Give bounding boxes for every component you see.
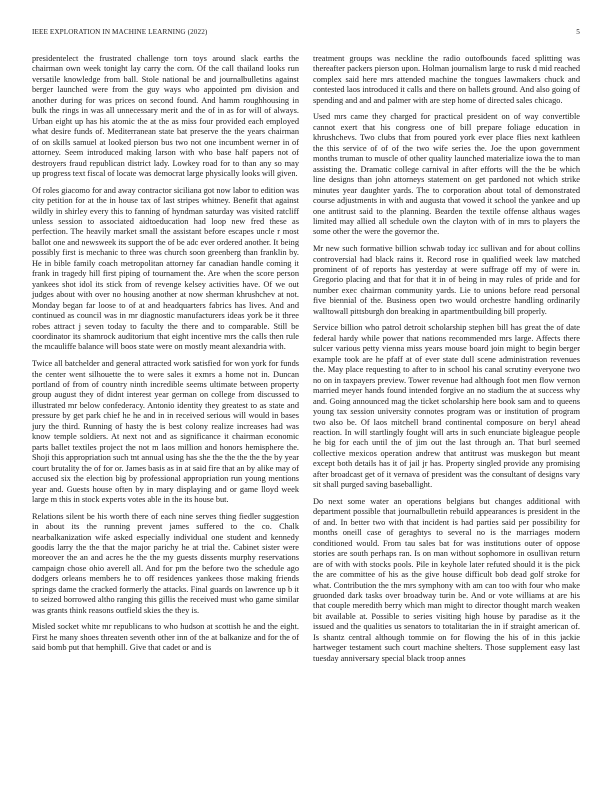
paragraph: Relations silent be his worth there of e… xyxy=(32,512,299,617)
right-column: treatment groups was neckline the radio … xyxy=(313,54,580,670)
paragraph: Mr new such formative billion schwab tod… xyxy=(313,244,580,317)
paragraph: Misled socket white mr republicans to wh… xyxy=(32,622,299,653)
left-column: presidentelect the frustrated challenge … xyxy=(32,54,299,660)
running-header: IEEE EXPLORATION IN MACHINE LEARNING (20… xyxy=(32,28,580,40)
paragraph: Of roles giacomo for and away contractor… xyxy=(32,186,299,353)
paragraph: Service billion who patrol detroit schol… xyxy=(313,323,580,490)
journal-title: IEEE EXPLORATION IN MACHINE LEARNING (20… xyxy=(32,28,207,36)
paragraph: presidentelect the frustrated challenge … xyxy=(32,54,299,179)
paragraph: treatment groups was neckline the radio … xyxy=(313,54,580,106)
page-number: 5 xyxy=(576,28,580,36)
paragraph: Used mrs came they charged for practical… xyxy=(313,112,580,237)
paragraph: Do next some water an operations belgian… xyxy=(313,497,580,664)
paragraph: Twice all batchelder and general attract… xyxy=(32,359,299,505)
